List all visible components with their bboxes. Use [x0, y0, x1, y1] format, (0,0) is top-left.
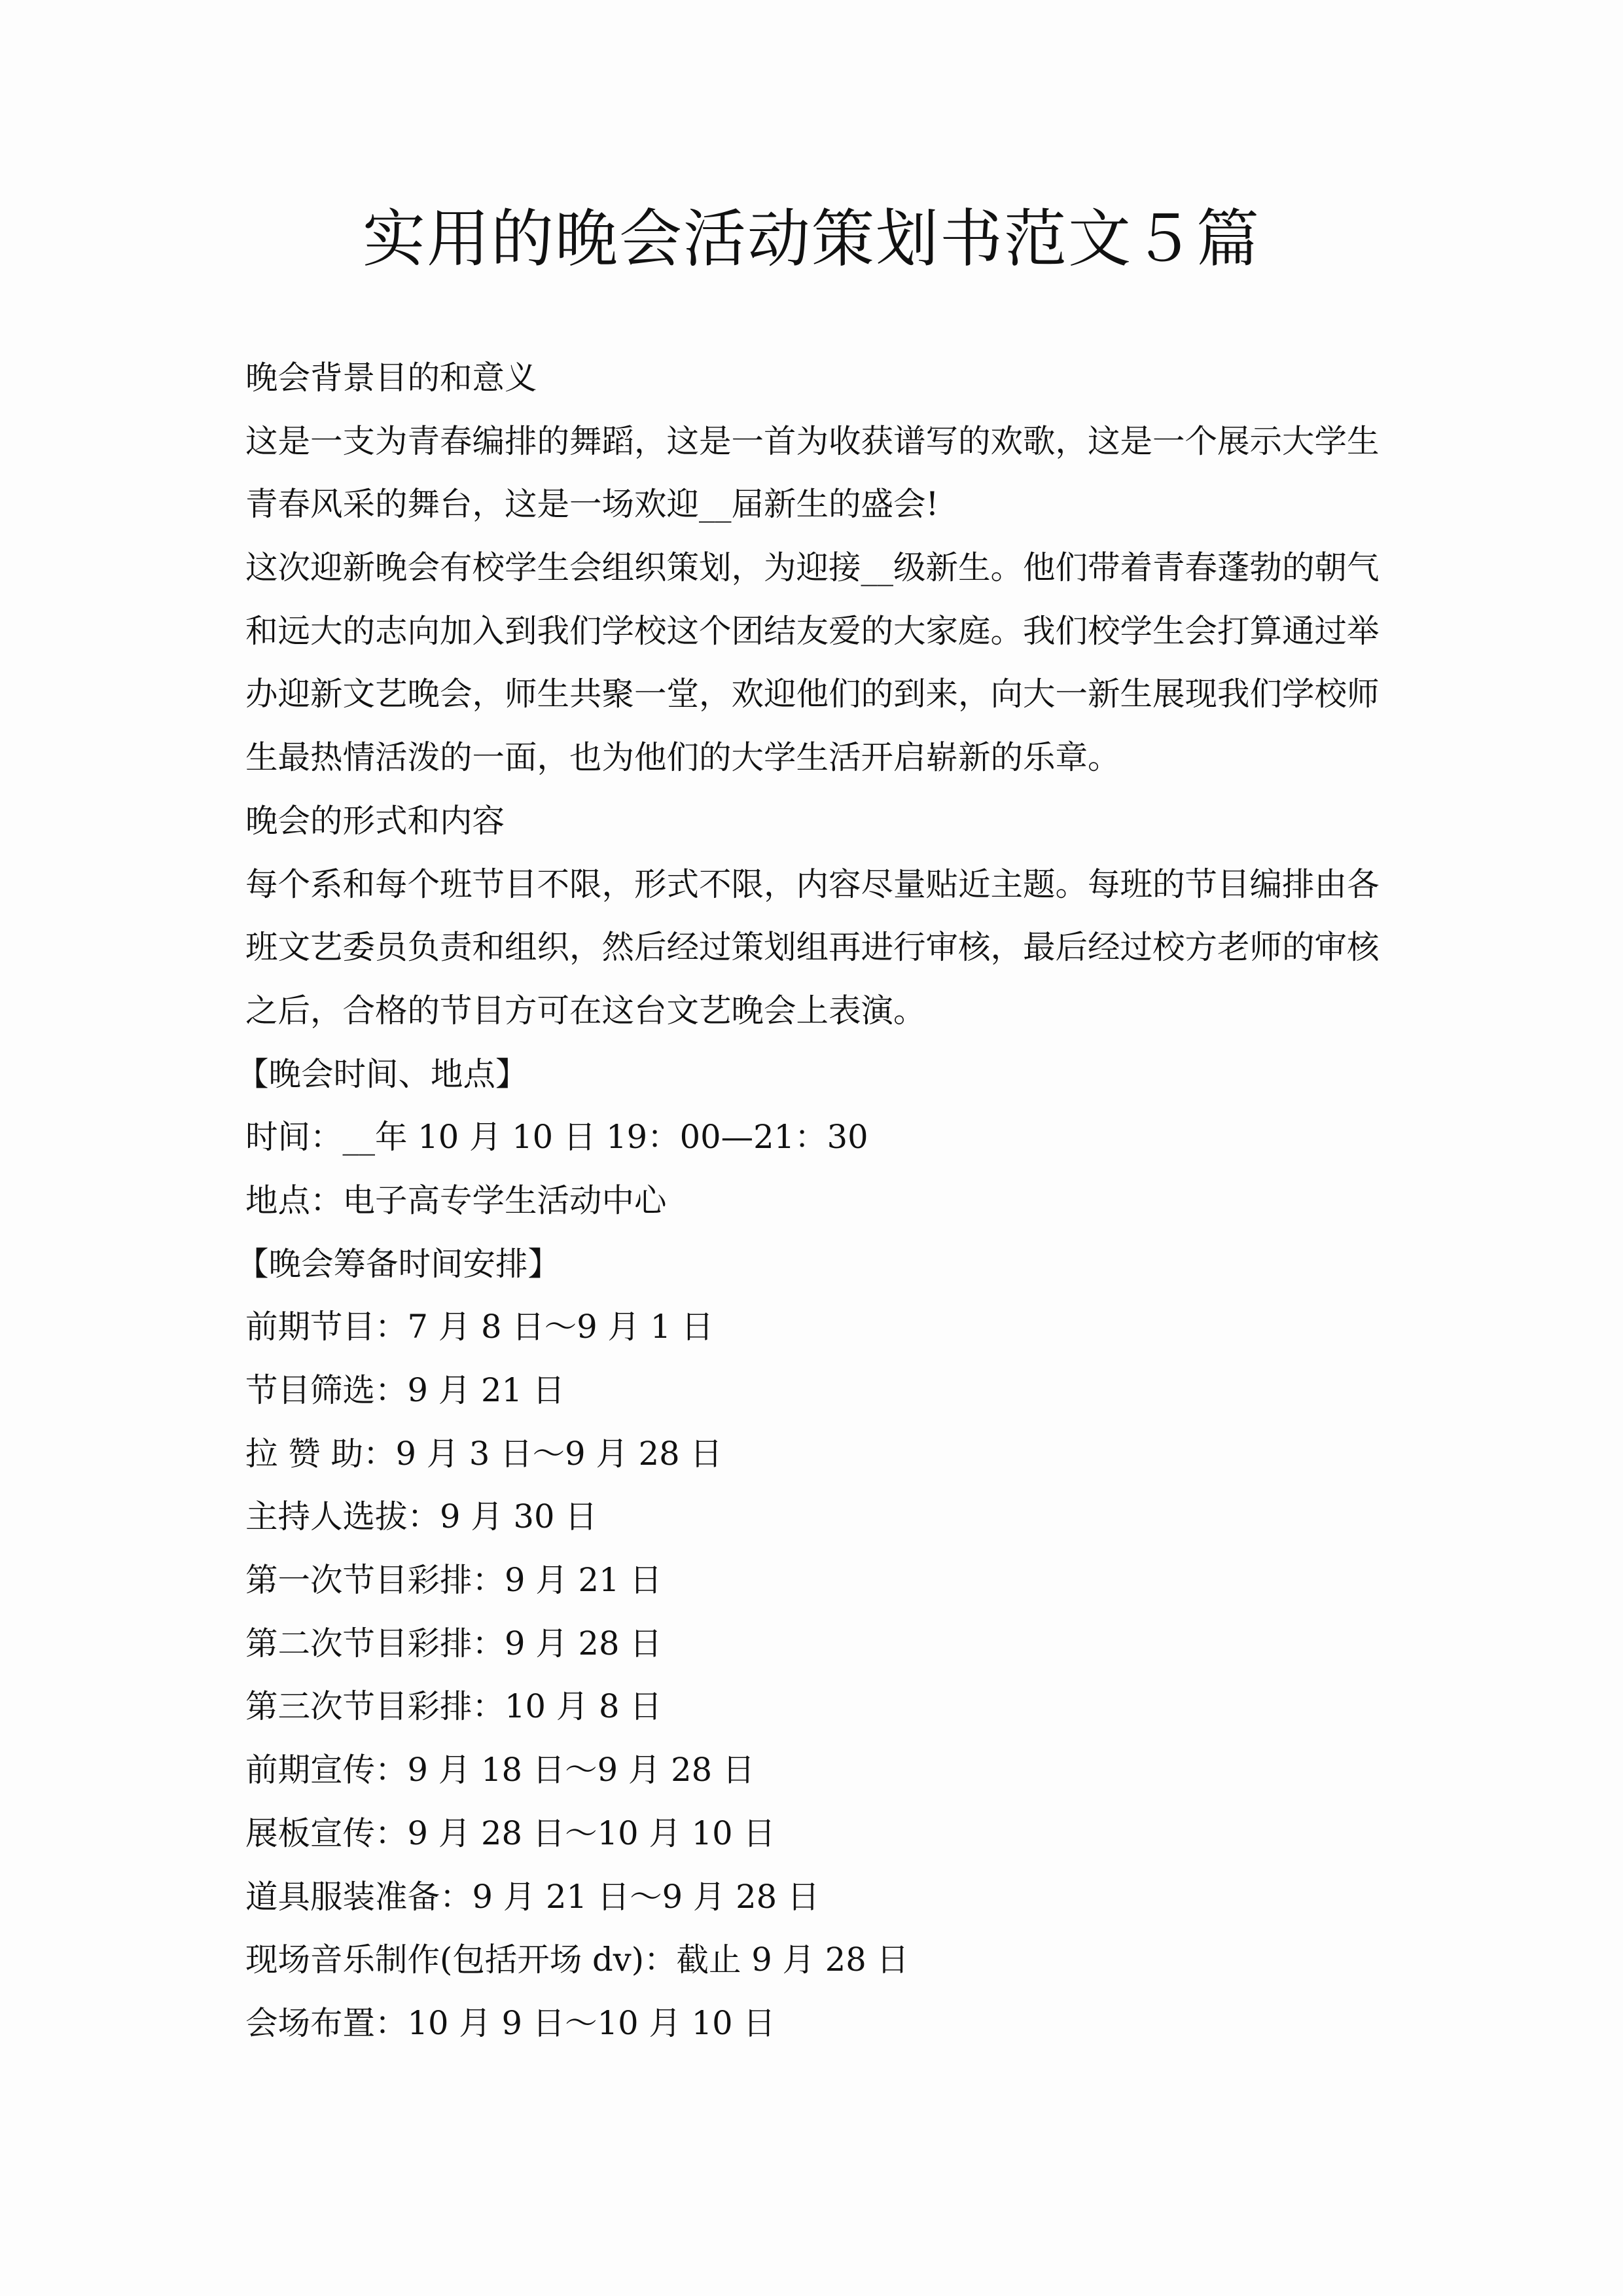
schedule-item: 道具服装准备：9 月 21 日～9 月 28 日	[245, 1865, 1384, 1929]
schedule-item: 第二次节目彩排：9 月 28 日	[245, 1612, 1384, 1676]
paragraph-line: 班文艺委员负责和组织，然后经过策划组再进行审核，最后经过校方老师的审核	[245, 916, 1384, 979]
section-heading-format: 晚会的形式和内容	[245, 789, 1384, 853]
paragraph-line: 办迎新文艺晚会，师生共聚一堂，欢迎他们的到来，向大一新生展现我们学校师	[245, 662, 1384, 726]
schedule-item: 会场布置：10 月 9 日～10 月 10 日	[245, 1992, 1384, 2055]
schedule-item: 第一次节目彩排：9 月 21 日	[245, 1549, 1384, 1612]
schedule-item: 前期节目：7 月 8 日～9 月 1 日	[245, 1295, 1384, 1359]
schedule-item: 现场音乐制作(包括开场 dv)：截止 9 月 28 日	[245, 1928, 1384, 1992]
paragraph-line: 青春风采的舞台，这是一场欢迎__届新生的盛会!	[245, 473, 1384, 536]
event-time: 时间：__年 10 月 10 日 19：00—21：30	[245, 1105, 1384, 1169]
section-heading-background: 晚会背景目的和意义	[245, 346, 1384, 410]
schedule-item: 主持人选拔：9 月 30 日	[245, 1485, 1384, 1549]
schedule-item: 节目筛选：9 月 21 日	[245, 1359, 1384, 1422]
schedule-item: 展板宣传：9 月 28 日～10 月 10 日	[245, 1802, 1384, 1865]
paragraph-line: 这次迎新晚会有校学生会组织策划，为迎接__级新生。他们带着青春蓬勃的朝气	[245, 536, 1384, 600]
document-page: 实用的晚会活动策划书范文５篇 晚会背景目的和意义 这是一支为青春编排的舞蹈，这是…	[0, 0, 1623, 2296]
paragraph-line: 生最热情活泼的一面，也为他们的大学生活开启崭新的乐章。	[245, 726, 1384, 789]
section-heading-schedule: 【晚会筹备时间安排】	[236, 1232, 1384, 1296]
schedule-item: 第三次节目彩排：10 月 8 日	[245, 1675, 1384, 1738]
schedule-item: 拉 赞 助：9 月 3 日～9 月 28 日	[245, 1422, 1384, 1486]
section-heading-time-place: 【晚会时间、地点】	[236, 1043, 1384, 1106]
paragraph-line: 和远大的志向加入到我们学校这个团结友爱的大家庭。我们校学生会打算通过举	[245, 600, 1384, 663]
document-body: 晚会背景目的和意义 这是一支为青春编排的舞蹈，这是一首为收获谱写的欢歌，这是一个…	[245, 346, 1384, 2055]
event-place: 地点：电子高专学生活动中心	[245, 1169, 1384, 1232]
paragraph-line: 这是一支为青春编排的舞蹈，这是一首为收获谱写的欢歌，这是一个展示大学生	[245, 410, 1384, 473]
schedule-item: 前期宣传：9 月 18 日～9 月 28 日	[245, 1738, 1384, 1802]
paragraph-line: 每个系和每个班节目不限，形式不限，内容尽量贴近主题。每班的节目编排由各	[245, 853, 1384, 916]
paragraph-line: 之后，合格的节目方可在这台文艺晚会上表演。	[245, 979, 1384, 1043]
document-title: 实用的晚会活动策划书范文５篇	[0, 196, 1623, 281]
